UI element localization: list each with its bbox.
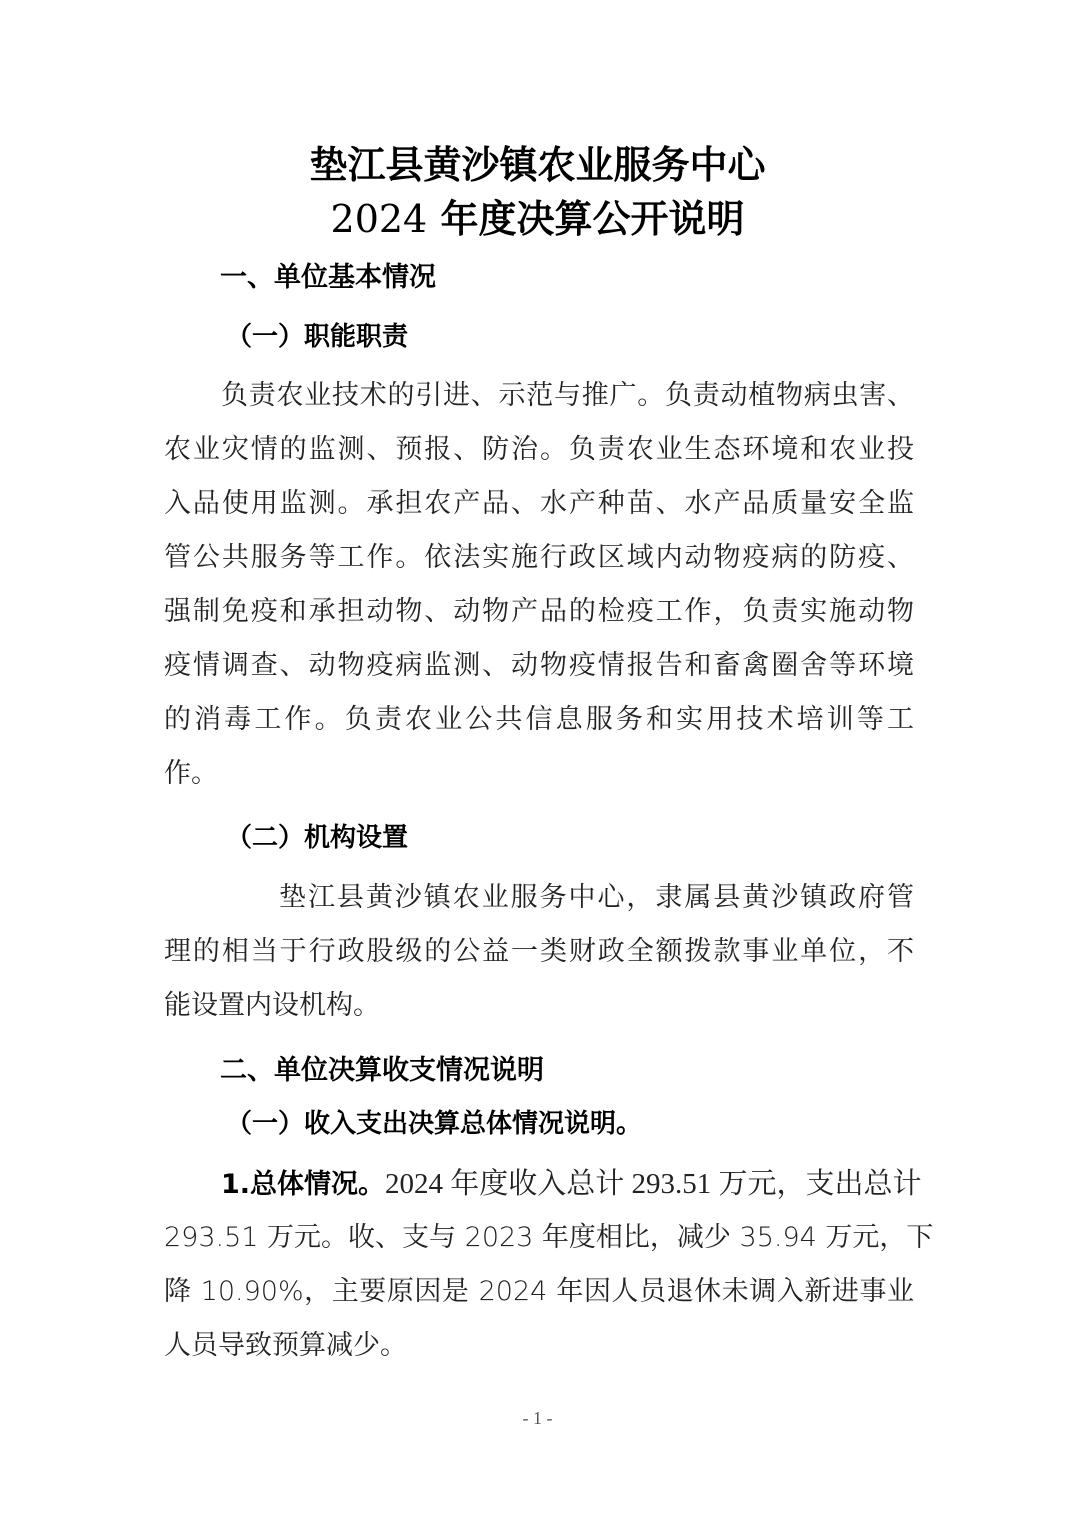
paragraph-line: 入品使用监测。承担农产品、水产种苗、水产品质量安全监 bbox=[164, 477, 914, 531]
title-year: 2024 bbox=[331, 197, 428, 241]
document-title-line-2: 2024 年度决算公开说明 bbox=[0, 188, 1075, 243]
paragraph-line: 的消毒工作。负责农业公共信息服务和实用技术培训等工 bbox=[164, 693, 914, 747]
subsection-heading-income-expense: （一）收入支出决算总体情况说明。 bbox=[226, 1103, 642, 1140]
paragraph-line: 能设置内设机构。 bbox=[164, 979, 914, 1033]
paragraph-line: 降 10.90%，主要原因是 2024 年因人员退休未调入新进事业 bbox=[164, 1265, 914, 1319]
paragraph-lead: 1.总体情况。 bbox=[221, 1169, 385, 1200]
paragraph-line: 管公共服务等工作。依法实施行政区域内动物疫病的防疫、 bbox=[164, 531, 914, 585]
paragraph-line-text: 2024 年度收入总计 293.51 万元，支出总计 bbox=[385, 1168, 922, 1200]
subsection-heading-organization: （二）机构设置 bbox=[226, 817, 408, 854]
paragraph-line: 负责农业技术的引进、示范与推广。负责动植物病虫害、 bbox=[164, 369, 914, 423]
overall-paragraph: 1.总体情况。2024 年度收入总计 293.51 万元，支出总计 293.51… bbox=[164, 1157, 914, 1373]
organization-paragraph: 垫江县黄沙镇农业服务中心，隶属县黄沙镇政府管 理的相当于行政股级的公益一类财政全… bbox=[164, 871, 914, 1033]
paragraph-line: 理的相当于行政股级的公益一类财政全额拨款事业单位，不 bbox=[164, 925, 914, 979]
paragraph-line: 293.51 万元。收、支与 2023 年度相比，减少 35.94 万元，下 bbox=[164, 1211, 914, 1265]
paragraph-line: 作。 bbox=[164, 747, 914, 801]
paragraph-line: 强制免疫和承担动物、动物产品的检疫工作，负责实施动物 bbox=[164, 585, 914, 639]
document-title-line-1: 垫江县黄沙镇农业服务中心 bbox=[0, 134, 1075, 189]
document-page: 垫江县黄沙镇农业服务中心 2024 年度决算公开说明 一、单位基本情况 （一）职… bbox=[0, 0, 1075, 1520]
page-number: - 1 - bbox=[0, 1408, 1075, 1429]
paragraph-line: 人员导致预算减少。 bbox=[164, 1319, 914, 1373]
paragraph-line: 1.总体情况。2024 年度收入总计 293.51 万元，支出总计 bbox=[164, 1157, 914, 1211]
section-heading-2: 二、单位决算收支情况说明 bbox=[220, 1048, 544, 1087]
paragraph-line: 垫江县黄沙镇农业服务中心，隶属县黄沙镇政府管 bbox=[164, 871, 914, 925]
functions-paragraph: 负责农业技术的引进、示范与推广。负责动植物病虫害、 农业灾情的监测、预报、防治。… bbox=[164, 369, 914, 801]
paragraph-line: 农业灾情的监测、预报、防治。负责农业生态环境和农业投 bbox=[164, 423, 914, 477]
paragraph-line: 疫情调查、动物疫病监测、动物疫情报告和畜禽圈舍等环境 bbox=[164, 639, 914, 693]
title-suffix: 年度决算公开说明 bbox=[427, 196, 744, 241]
section-heading-1: 一、单位基本情况 bbox=[220, 255, 436, 294]
subsection-heading-functions: （一）职能职责 bbox=[226, 316, 408, 353]
